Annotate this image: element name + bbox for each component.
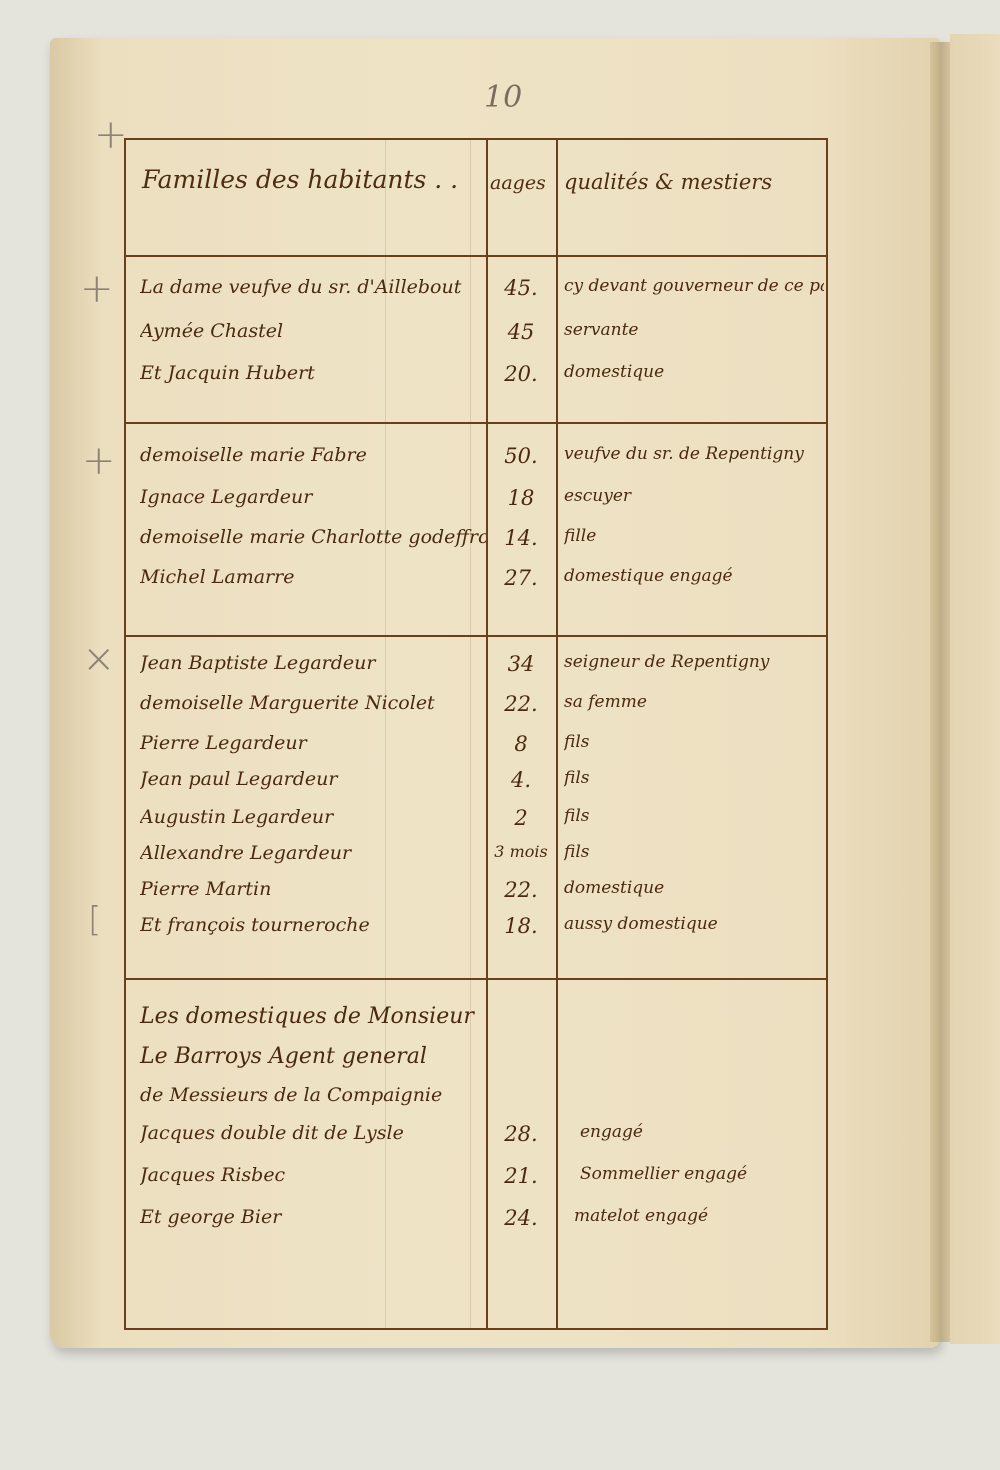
table-row: Jacques double dit de Lysle 28. engagé bbox=[124, 1122, 828, 1158]
table-row: demoiselle Marguerite Nicolet 22. sa fem… bbox=[124, 692, 828, 728]
quality-cell: fils bbox=[564, 806, 824, 826]
table-row: Aymée Chastel 45 servante bbox=[124, 320, 828, 356]
age-cell: 45. bbox=[488, 276, 554, 300]
name-cell: Pierre Legardeur bbox=[140, 732, 486, 754]
age-cell: 8 bbox=[488, 732, 554, 756]
name-cell: Allexandre Legardeur bbox=[140, 842, 486, 864]
table-row: demoiselle marie Fabre 50. veufve du sr.… bbox=[124, 444, 828, 480]
section-heading-line: Le Barroys Agent general bbox=[140, 1044, 427, 1069]
margin-mark-section-1: + bbox=[80, 266, 114, 312]
quality-cell: aussy domestique bbox=[564, 914, 824, 934]
name-cell: Et Jacquin Hubert bbox=[140, 362, 486, 384]
quality-cell: servante bbox=[564, 320, 824, 340]
facing-page-edge bbox=[950, 34, 1000, 1344]
quality-cell: domestique bbox=[564, 362, 824, 382]
section-rule bbox=[124, 635, 828, 637]
header-rule bbox=[124, 255, 828, 257]
name-cell: Jean paul Legardeur bbox=[140, 768, 486, 790]
header-quality: qualités & mestiers bbox=[564, 170, 772, 194]
table-row: Pierre Martin 22. domestique bbox=[124, 878, 828, 914]
quality-cell: domestique bbox=[564, 878, 824, 898]
age-cell: 50. bbox=[488, 444, 554, 468]
age-cell: 4. bbox=[488, 768, 554, 792]
age-cell: 20. bbox=[488, 362, 554, 386]
table-row: Michel Lamarre 27. domestique engagé bbox=[124, 566, 828, 602]
age-cell: 22. bbox=[488, 878, 554, 902]
name-cell: La dame veufve du sr. d'Aillebout bbox=[140, 276, 486, 298]
section-heading-line: Les domestiques de Monsieur bbox=[140, 1004, 474, 1029]
margin-bracket-mark: [ bbox=[88, 900, 101, 940]
header-age: aages bbox=[490, 172, 546, 194]
age-cell: 18. bbox=[488, 914, 554, 938]
header-families: Familles des habitants . . bbox=[142, 165, 458, 194]
name-cell: demoiselle marie Charlotte godeffroy bbox=[140, 526, 486, 548]
name-cell: Pierre Martin bbox=[140, 878, 486, 900]
quality-cell: cy devant gouverneur de ce pays bbox=[564, 276, 824, 296]
name-cell: Et george Bier bbox=[140, 1206, 486, 1228]
name-cell: Michel Lamarre bbox=[140, 566, 486, 588]
quality-cell: domestique engagé bbox=[564, 566, 824, 586]
name-cell: Jacques Risbec bbox=[140, 1164, 486, 1186]
table-row: Jean Baptiste Legardeur 34 seigneur de R… bbox=[124, 652, 828, 688]
name-cell: Augustin Legardeur bbox=[140, 806, 486, 828]
quality-cell: Sommellier engagé bbox=[580, 1164, 840, 1184]
table-row: Ignace Legardeur 18 escuyer bbox=[124, 486, 828, 522]
quality-cell: matelot engagé bbox=[574, 1206, 834, 1226]
book-gutter bbox=[930, 42, 952, 1342]
name-cell: Ignace Legardeur bbox=[140, 486, 486, 508]
name-cell: Et françois tourneroche bbox=[140, 914, 486, 936]
margin-cross-mark: + bbox=[94, 112, 128, 158]
table-row: demoiselle marie Charlotte godeffroy 14.… bbox=[124, 526, 828, 562]
age-cell: 3 mois bbox=[488, 842, 554, 861]
name-cell: Jean Baptiste Legardeur bbox=[140, 652, 486, 674]
table-row: Augustin Legardeur 2 fils bbox=[124, 806, 828, 842]
table-row: Et françois tourneroche 18. aussy domest… bbox=[124, 914, 828, 950]
age-cell: 28. bbox=[488, 1122, 554, 1146]
name-cell: demoiselle Marguerite Nicolet bbox=[140, 692, 486, 714]
page-number: 10 bbox=[484, 80, 522, 115]
table-row: Jacques Risbec 21. Sommellier engagé bbox=[124, 1164, 828, 1200]
table-row: Et george Bier 24. matelot engagé bbox=[124, 1206, 828, 1242]
name-cell: Aymée Chastel bbox=[140, 320, 486, 342]
section-heading-line: de Messieurs de la Compaignie bbox=[140, 1084, 442, 1106]
table-row: Jean paul Legardeur 4. fils bbox=[124, 768, 828, 804]
table-row: La dame veufve du sr. d'Aillebout 45. cy… bbox=[124, 276, 828, 312]
section-rule bbox=[124, 978, 828, 980]
age-cell: 24. bbox=[488, 1206, 554, 1230]
quality-cell: fils bbox=[564, 768, 824, 788]
age-cell: 45 bbox=[488, 320, 554, 344]
name-cell: Jacques double dit de Lysle bbox=[140, 1122, 486, 1144]
name-cell: demoiselle marie Fabre bbox=[140, 444, 486, 466]
age-cell: 2 bbox=[488, 806, 554, 830]
table-row: Allexandre Legardeur 3 mois fils bbox=[124, 842, 828, 878]
table-row: Et Jacquin Hubert 20. domestique bbox=[124, 362, 828, 398]
quality-cell: engagé bbox=[580, 1122, 840, 1142]
age-cell: 22. bbox=[488, 692, 554, 716]
table-row: Pierre Legardeur 8 fils bbox=[124, 732, 828, 768]
quality-cell: veufve du sr. de Repentigny bbox=[564, 444, 824, 464]
quality-cell: escuyer bbox=[564, 486, 824, 506]
quality-cell: sa femme bbox=[564, 692, 824, 712]
margin-mark-section-3: × bbox=[82, 636, 116, 682]
margin-mark-section-2: + bbox=[82, 438, 116, 484]
quality-cell: fils bbox=[564, 732, 824, 752]
age-cell: 14. bbox=[488, 526, 554, 550]
section-rule bbox=[124, 422, 828, 424]
age-cell: 18 bbox=[488, 486, 554, 510]
quality-cell: fils bbox=[564, 842, 824, 862]
age-cell: 27. bbox=[488, 566, 554, 590]
quality-cell: fille bbox=[564, 526, 824, 546]
quality-cell: seigneur de Repentigny bbox=[564, 652, 824, 672]
age-cell: 21. bbox=[488, 1164, 554, 1188]
age-cell: 34 bbox=[488, 652, 554, 676]
